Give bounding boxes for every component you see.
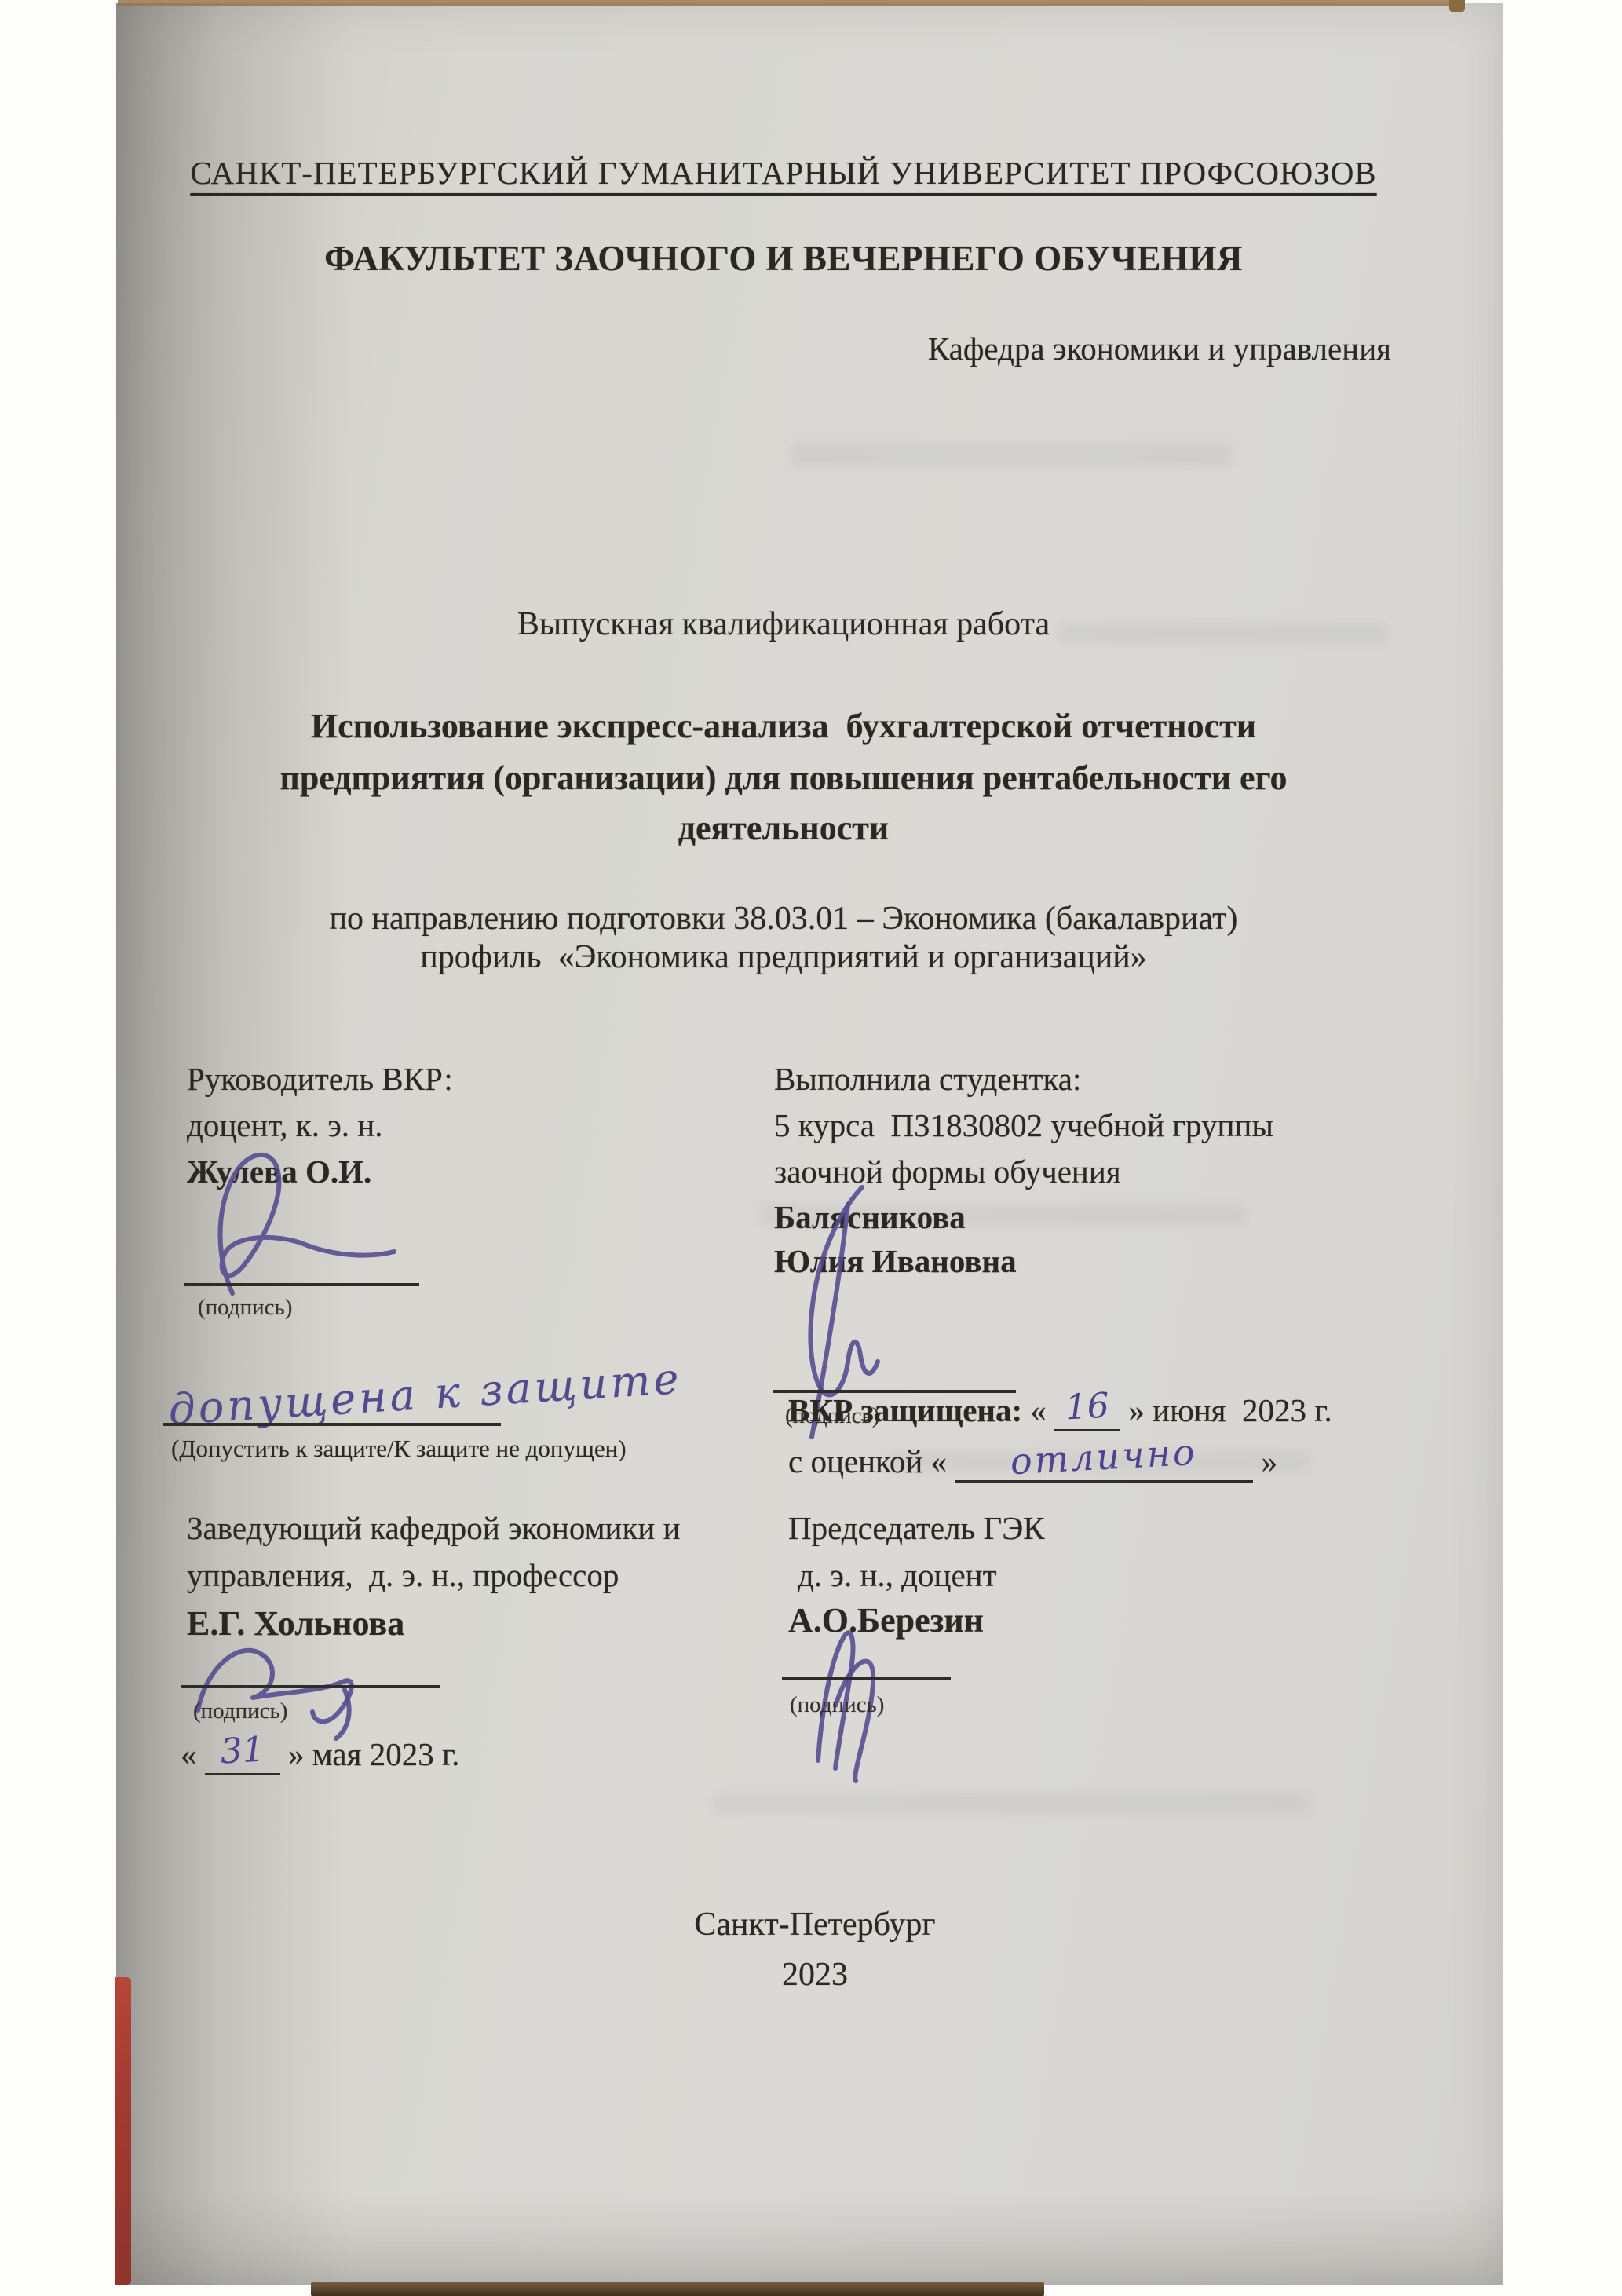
table-edge-bottom bbox=[311, 2282, 1044, 2296]
student-label: Выполнила студентка: bbox=[774, 1062, 1081, 1097]
grade-line: с оценкой « отлично » bbox=[788, 1440, 1277, 1483]
department-name: Кафедра экономики и управления bbox=[928, 331, 1391, 367]
supervisor-label: Руководитель ВКР: bbox=[187, 1062, 453, 1097]
head-date-line: « 31 » мая 2023 г. bbox=[181, 1735, 459, 1775]
thesis-title-line2: предприятия (организации) для повышения … bbox=[187, 759, 1380, 797]
faculty-name: ФАКУЛЬТЕТ ЗАОЧНОГО И ВЕЧЕРНЕГО ОБУЧЕНИЯ bbox=[187, 239, 1380, 279]
chairman-line2: д. э. н., доцент bbox=[798, 1558, 997, 1593]
head-date-open: « bbox=[181, 1736, 197, 1772]
admission-line bbox=[163, 1423, 501, 1426]
table-edge-top bbox=[118, 0, 1465, 6]
thesis-title-line1: Использование экспресс-анализа бухгалтер… bbox=[187, 707, 1380, 745]
head-line1: Заведующий кафедрой экономики и bbox=[187, 1511, 681, 1546]
defense-day-blank: 16 bbox=[1054, 1391, 1120, 1431]
grade-label: с оценкой « bbox=[788, 1443, 947, 1479]
head-signature-line bbox=[181, 1685, 440, 1688]
chairman-line1: Председатель ГЭК bbox=[788, 1511, 1045, 1546]
scanned-document: САНКТ-ПЕТЕРБУРГСКИЙ ГУМАНИТАРНЫЙ УНИВЕРС… bbox=[0, 0, 1622, 2296]
admission-caption: (Допустить к защите/К защите не допущен) bbox=[171, 1435, 627, 1462]
supervisor-position: доцент, к. э. н. bbox=[187, 1108, 382, 1143]
footer-year: 2023 bbox=[587, 1957, 1043, 1993]
study-direction: по направлению подготовки 38.03.01 – Эко… bbox=[187, 901, 1380, 937]
supervisor-signature-line bbox=[184, 1283, 419, 1286]
study-profile: профиль «Экономика предприятий и организ… bbox=[187, 939, 1380, 975]
defense-open-quote: « bbox=[1030, 1392, 1047, 1428]
chairman-signature-line bbox=[782, 1677, 951, 1680]
head-date-rest: » мая 2023 г. bbox=[288, 1736, 459, 1772]
chairman-signature-caption: (подпись) bbox=[790, 1693, 884, 1718]
head-date-blank: 31 bbox=[205, 1735, 280, 1775]
grade-blank: отлично bbox=[955, 1440, 1253, 1483]
bottom-shadow bbox=[116, 2191, 1503, 2285]
work-type: Выпускная квалификационная работа bbox=[187, 606, 1380, 642]
defense-date-rest: » июня 2023 г. bbox=[1128, 1392, 1332, 1428]
red-cover-sliver bbox=[115, 1977, 131, 2285]
head-date-handwritten: 31 bbox=[219, 1731, 265, 1771]
footer-city: Санкт-Петербург bbox=[587, 1907, 1043, 1943]
grade-close-quote: » bbox=[1262, 1443, 1278, 1479]
university-name: САНКТ-ПЕТЕРБУРГСКИЙ ГУМАНИТАРНЫЙ УНИВЕРС… bbox=[187, 155, 1380, 191]
head-signature-caption: (подпись) bbox=[193, 1699, 287, 1724]
supervisor-signature bbox=[185, 1140, 405, 1305]
defense-label: ВКР защищена: bbox=[788, 1392, 1022, 1428]
title-page-sheet: САНКТ-ПЕТЕРБУРГСКИЙ ГУМАНИТАРНЫЙ УНИВЕРС… bbox=[116, 3, 1503, 2285]
table-edge-notch bbox=[1449, 0, 1465, 12]
supervisor-signature-caption: (подпись) bbox=[198, 1296, 292, 1321]
student-group: 5 курса ПЗ1830802 учебной группы bbox=[774, 1108, 1273, 1143]
defense-day-handwritten: 16 bbox=[1065, 1387, 1110, 1428]
thesis-title-line3: деятельности bbox=[187, 810, 1380, 847]
bleed-ghost bbox=[713, 1793, 1310, 1814]
defense-line: ВКР защищена: « 16 » июня 2023 г. bbox=[788, 1391, 1332, 1431]
head-line2: управления, д. э. н., профессор bbox=[187, 1558, 619, 1593]
bleed-ghost bbox=[791, 443, 1231, 466]
grade-handwritten: отлично bbox=[1010, 1432, 1198, 1482]
